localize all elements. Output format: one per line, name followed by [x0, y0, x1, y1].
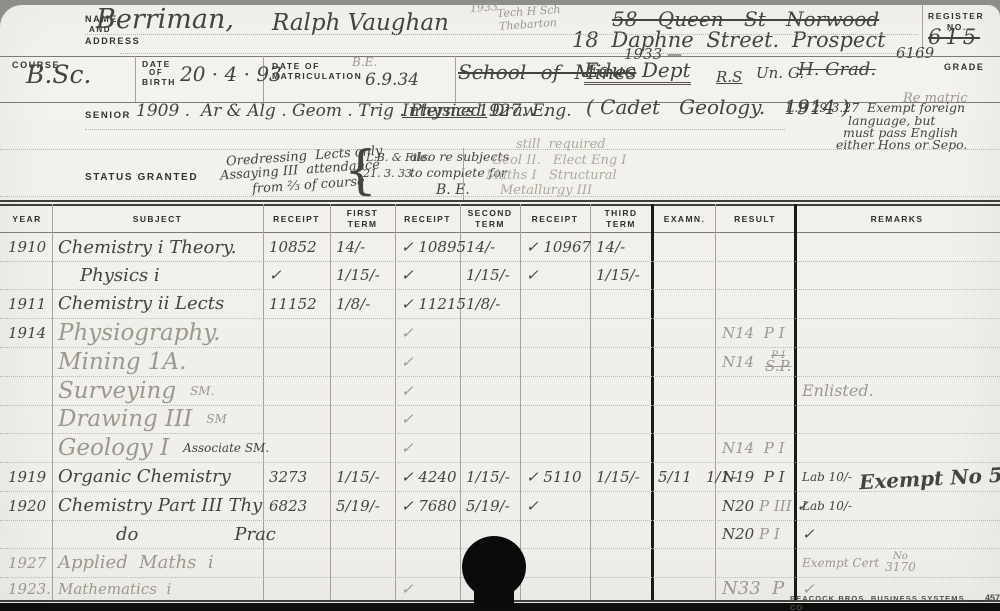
cell-subject: Organic Chemistry	[54, 462, 265, 491]
cell-t2: 5/19/-	[462, 491, 522, 520]
cell-t2: 14/-	[462, 233, 522, 261]
cell-r1: 10852	[265, 233, 332, 261]
given-names-handwritten: Ralph Vaughan	[272, 11, 449, 35]
cell-t1: 14/-	[332, 233, 397, 261]
cell-year: 1910	[4, 233, 54, 261]
column-header-r2: Receipt	[397, 206, 458, 232]
cell-year: 1919	[4, 462, 54, 491]
cell-r2: ✓ 11215	[397, 289, 462, 318]
cell-res: N19 P I	[718, 462, 796, 491]
cell-r3: ✓ 10967	[522, 233, 592, 261]
column-header-subject: Subject	[54, 206, 261, 232]
cell-t1: 5/19/-	[332, 491, 397, 520]
cell-subject: Physiography.	[54, 318, 265, 347]
cell-r1: 3273	[265, 462, 332, 491]
cell-res: N14 P IS.P.	[718, 347, 796, 376]
cell-subject: Geology IAssociate SM.	[54, 433, 265, 462]
cell-rem: Exempt CertNo3170	[798, 548, 1000, 577]
cell-r2: ✓	[397, 347, 462, 376]
rule	[52, 204, 53, 600]
cell-t2: 1/15/-	[462, 462, 522, 491]
column-header-t3: ThirdTerm	[592, 206, 650, 232]
rule	[135, 56, 136, 102]
educ-dept-value: Educ Dept	[584, 60, 691, 85]
cell-t2: 1/8/-	[462, 289, 522, 318]
cell-rem: ✓	[798, 520, 1000, 548]
cell-t3: 1/15/-	[592, 462, 654, 491]
cell-t1: 1/15/-	[332, 261, 397, 289]
cell-year: 1923.	[4, 577, 54, 600]
cell-subject: Applied Maths i	[54, 548, 265, 577]
column-header-t1: FirstTerm	[332, 206, 393, 232]
rule	[85, 34, 918, 35]
cell-r1: 6823	[265, 491, 332, 520]
scanned-record-card: NAME AND ADDRESS Berriman, Ralph Vaughan…	[0, 0, 1000, 611]
cell-rem: Enlisted.	[798, 376, 1000, 405]
cell-year: 1927	[4, 548, 54, 577]
printer-footer: Peacock Bros. Business Systems Co 457	[790, 593, 1000, 611]
cell-r1: ✓	[265, 261, 332, 289]
cell-subject: SurveyingSM.	[54, 376, 265, 405]
register-number-old: 615	[928, 26, 980, 48]
cell-res: N14 P I	[718, 433, 796, 462]
cell-ex: 5/11 1/1–	[654, 462, 719, 491]
surname-handwritten: Berriman,	[96, 6, 234, 34]
rule	[85, 129, 785, 130]
grade-label: GRADE	[944, 62, 985, 72]
rule	[455, 56, 456, 102]
rule	[120, 53, 918, 54]
cell-r3: ✓	[522, 491, 592, 520]
rule	[0, 200, 1000, 202]
cell-r2: ✓	[397, 376, 462, 405]
address-new-handwritten: 18 Daphne Street. Prospect	[572, 29, 886, 51]
cell-r2: ✓	[397, 318, 462, 347]
cell-t3: 1/15/-	[592, 261, 654, 289]
cell-subject: doPrac	[54, 520, 265, 548]
cell-r3: ✓ 5110	[522, 462, 592, 491]
column-header-year: Year	[4, 206, 50, 232]
cell-subject: Drawing IIISM	[54, 405, 265, 433]
column-header-r3: Receipt	[522, 206, 588, 232]
school-year-note: 1933 —	[624, 47, 682, 63]
address-old-handwritten: 58 Queen St Norwood	[612, 9, 879, 30]
cell-r2: ✓ 4240	[397, 462, 462, 491]
cell-subject: Mathematics i	[54, 577, 265, 600]
cell-subject: Chemistry Part III Thy	[54, 491, 265, 520]
rule	[463, 148, 464, 200]
cell-res: N14 P I	[718, 318, 796, 347]
cell-rem: Lab 10/-	[798, 491, 1000, 520]
cell-year: 1914	[4, 318, 54, 347]
cell-t1: 1/8/-	[332, 289, 397, 318]
pencil-required-line2: Geol II. Elect Eng I	[492, 154, 626, 168]
cell-year: 1911	[4, 289, 54, 318]
status-granted-label: STATUS GRANTED	[85, 172, 198, 183]
cell-subject: Chemistry i Theory.	[54, 233, 265, 261]
rule	[0, 196, 1000, 197]
cell-r3: ✓	[522, 261, 592, 289]
cell-t3: 14/-	[592, 233, 654, 261]
register-number-new: 6169	[896, 46, 934, 62]
cell-r2: ✓	[397, 433, 462, 462]
pencil-required-line3: Maths I Structural	[486, 169, 617, 183]
cell-year: 1920	[4, 491, 54, 520]
cell-r2: ✓	[397, 577, 462, 600]
matric-value: 6.9.34	[365, 72, 419, 90]
matric-label-line1: DATE OF	[272, 61, 320, 71]
column-header-t2: SecondTerm	[462, 206, 518, 232]
column-header-rem: Remarks	[798, 206, 996, 232]
cell-r2: ✓ 7680	[397, 491, 462, 520]
cell-r2: ✓ 10895	[397, 233, 462, 261]
rule	[0, 56, 1000, 57]
pencil-required-line1: still required	[516, 138, 606, 152]
brace-note-line2: 21. 3. 33	[363, 168, 412, 180]
rs-note: R.S	[716, 70, 742, 86]
cell-t2: 1/15/-	[462, 261, 522, 289]
matric-pencil-note: B.E.	[352, 56, 377, 69]
cell-res: N20 P III ✓	[718, 491, 796, 520]
rule	[715, 204, 716, 600]
cell-t1: 1/15/-	[332, 462, 397, 491]
name-label-line3: ADDRESS	[85, 36, 140, 46]
cell-r2: ✓	[397, 405, 462, 433]
h-grad-struck: H. Grad.	[798, 61, 876, 80]
senior-intermed: Intermed.	[402, 103, 487, 121]
dob-label-line3: BIRTH	[142, 77, 176, 87]
column-header-res: Result	[718, 206, 792, 232]
course-value: B.Sc.	[26, 62, 91, 88]
cell-res: N20 P I	[718, 520, 796, 548]
dob-value: 20 · 4 · 93	[180, 64, 282, 85]
form-number: 457	[985, 593, 1000, 603]
cell-r2: ✓	[397, 261, 462, 289]
cell-r1: 11152	[265, 289, 332, 318]
pencil-year-note: 1933	[470, 1, 499, 14]
column-header-ex: Examn.	[654, 206, 715, 232]
cell-subject: Chemistry ii Lects	[54, 289, 265, 318]
cell-subject: Mining 1A.	[54, 347, 265, 376]
matric-label-line2: MATRICULATION	[272, 71, 362, 81]
senior-label: SENIOR	[85, 110, 131, 121]
register-label-line1: REGISTER	[928, 11, 984, 21]
column-header-r1: Receipt	[265, 206, 328, 232]
cell-res: N33 P	[718, 577, 796, 600]
un-g-note: Un. G.	[756, 66, 804, 82]
cell-subject: Physics i	[54, 261, 265, 289]
printer-brand: Peacock Bros. Business Systems Co	[790, 594, 973, 611]
dob-label-line2: OF	[149, 68, 163, 77]
cell-rem: Lab 10/- Exempt No 580/19	[798, 462, 1000, 491]
senior-intermed-year: 1927. Eng.	[478, 103, 572, 121]
